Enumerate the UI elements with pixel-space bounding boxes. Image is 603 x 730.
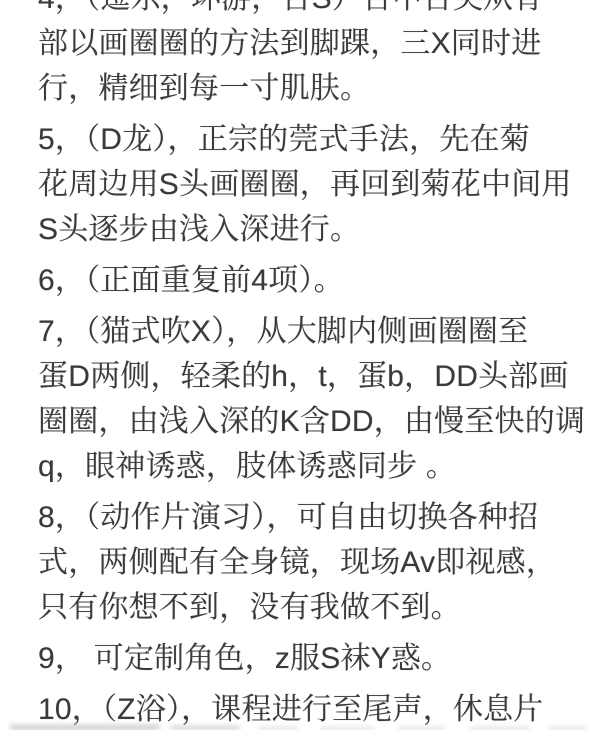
blurred-next-line-fragment: [10, 724, 160, 730]
text-line: 4，（逗乐，环游，舌S）舌中舌尖从背: [38, 0, 593, 21]
blurred-next-line-fragment: [170, 725, 240, 730]
text-line: 圈圈，由浅入深的K含DD，由慢至快的调: [38, 399, 593, 444]
text-line: S头逐步由浅入深进行。: [38, 207, 593, 252]
blurred-next-line-fragment: [548, 726, 586, 730]
document-screenshot: 4，（逗乐，环游，舌S）舌中舌尖从背 部以画圈圈的方法到脚踝，三X同时进 行，精…: [0, 0, 603, 730]
text-line: 式，两侧配有全身镜，现场Av即视感，: [38, 540, 593, 585]
text-line: 行，精细到每一寸肌肤。: [38, 66, 593, 111]
text-line: 7，（猫式吹X），从大脚内侧画圈圈至: [38, 309, 593, 354]
text-line: 6，（正面重复前4项）。: [38, 258, 593, 303]
text-line: 5，（D龙），正宗的莞式手法，先在菊: [38, 117, 593, 162]
text-line: 蛋D两侧，轻柔的h，t，蛋b，DD头部画: [38, 354, 593, 399]
text-line: 花周边用S头画圈圈，再回到菊花中间用: [38, 162, 593, 207]
blurred-next-line-fragment: [258, 726, 298, 730]
text-line: q，眼神诱惑，肢体诱惑同步 。: [38, 444, 593, 489]
text-line: 9， 可定制角色，z服S袜Y惑。: [38, 636, 593, 681]
text-line: 部以画圈圈的方法到脚踝，三X同时进: [38, 21, 593, 66]
blurred-next-line-fragment: [320, 726, 375, 730]
blurred-next-line-fragment: [398, 726, 446, 730]
text-line: 8，（动作片演习），可自由切换各种招: [38, 495, 593, 540]
text-body: 4，（逗乐，环游，舌S）舌中舌尖从背 部以画圈圈的方法到脚踝，三X同时进 行，精…: [0, 0, 603, 730]
blurred-next-line-fragment: [470, 726, 530, 730]
text-line: 只有你想不到，没有我做不到。: [38, 585, 593, 630]
